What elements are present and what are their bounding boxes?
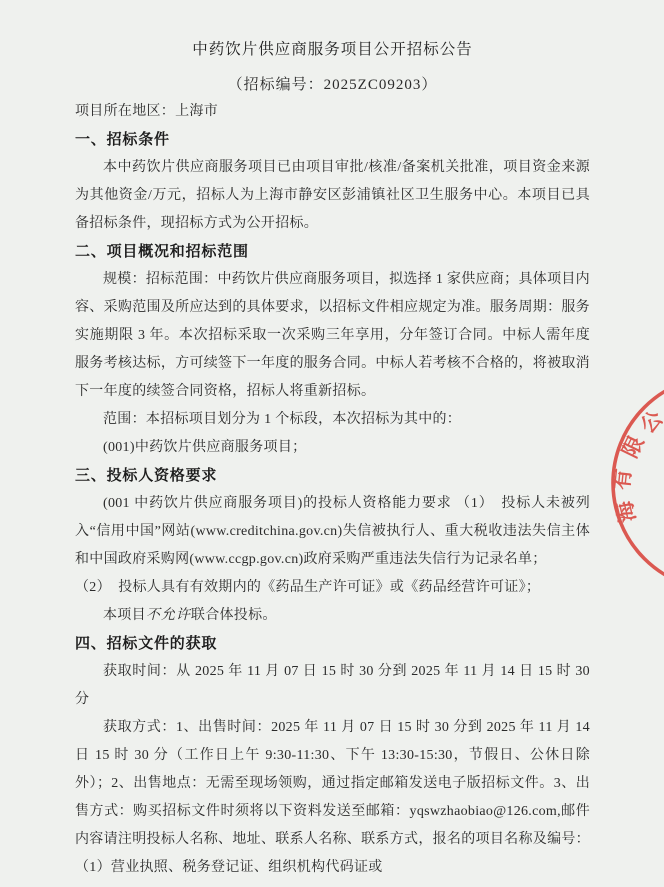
project-scale-paragraph: 规模：招标范围：中药饮片供应商服务项目，拟选择 1 家供应商；具体项目内容、采购… xyxy=(75,266,590,406)
seal-character: 有 xyxy=(610,468,636,491)
seal-character: 限 xyxy=(618,432,649,461)
no-consortium-suffix: 联合体投标。 xyxy=(191,608,277,623)
seal-character: 海 xyxy=(612,498,640,525)
no-consortium-prefix: 本项目 xyxy=(103,608,146,623)
project-location-line: 项目所在地区：上海市 xyxy=(75,98,590,126)
document-content: 中药饮片供应商服务项目公开招标公告 （招标编号：2025ZC09203） 项目所… xyxy=(75,0,590,882)
lot-001-line: (001)中药饮片供应商服务项目； xyxy=(75,434,590,462)
seal-character: 公 xyxy=(636,406,664,438)
project-scope-paragraph: 范围：本招标项目划分为 1 个标段，本次招标为其中的： xyxy=(75,406,590,434)
section-heading-document-acquisition: 四、招标文件的获取 xyxy=(75,630,590,658)
section-heading-project-overview: 二、项目概况和招标范围 xyxy=(75,238,590,266)
section-heading-tender-conditions: 一、招标条件 xyxy=(75,126,590,154)
qualification-requirement-2: （2） 投标人具有有效期内的《药品生产许可证》或《药品经营许可证》； xyxy=(75,574,590,602)
tender-number-line: （招标编号：2025ZC09203） xyxy=(75,72,590,98)
page-title: 中药饮片供应商服务项目公开招标公告 xyxy=(75,37,590,63)
company-seal: 公 限 有 海 xyxy=(594,358,664,608)
tender-conditions-paragraph: 本中药饮片供应商服务项目已由项目审批/核准/备案机关批准，项目资金来源为其他资金… xyxy=(75,154,590,238)
no-consortium-note: 本项目不允许联合体投标。 xyxy=(75,602,590,630)
acquisition-time-line: 获取时间：从 2025 年 11 月 07 日 15 时 30 分到 2025 … xyxy=(75,658,590,714)
document-page: 中药饮片供应商服务项目公开招标公告 （招标编号：2025ZC09203） 项目所… xyxy=(0,0,664,887)
section-heading-bidder-qualification: 三、投标人资格要求 xyxy=(75,462,590,490)
acquisition-method-paragraph: 获取方式：1、出售时间：2025 年 11 月 07 日 15 时 30 分到 … xyxy=(75,714,590,882)
qualification-requirement-1: (001 中药饮片供应商服务项目)的投标人资格能力要求 （1） 投标人未被列入“… xyxy=(75,490,590,574)
no-consortium-emphasis: 不允许 xyxy=(146,608,191,623)
seal-ring-icon xyxy=(613,376,664,590)
